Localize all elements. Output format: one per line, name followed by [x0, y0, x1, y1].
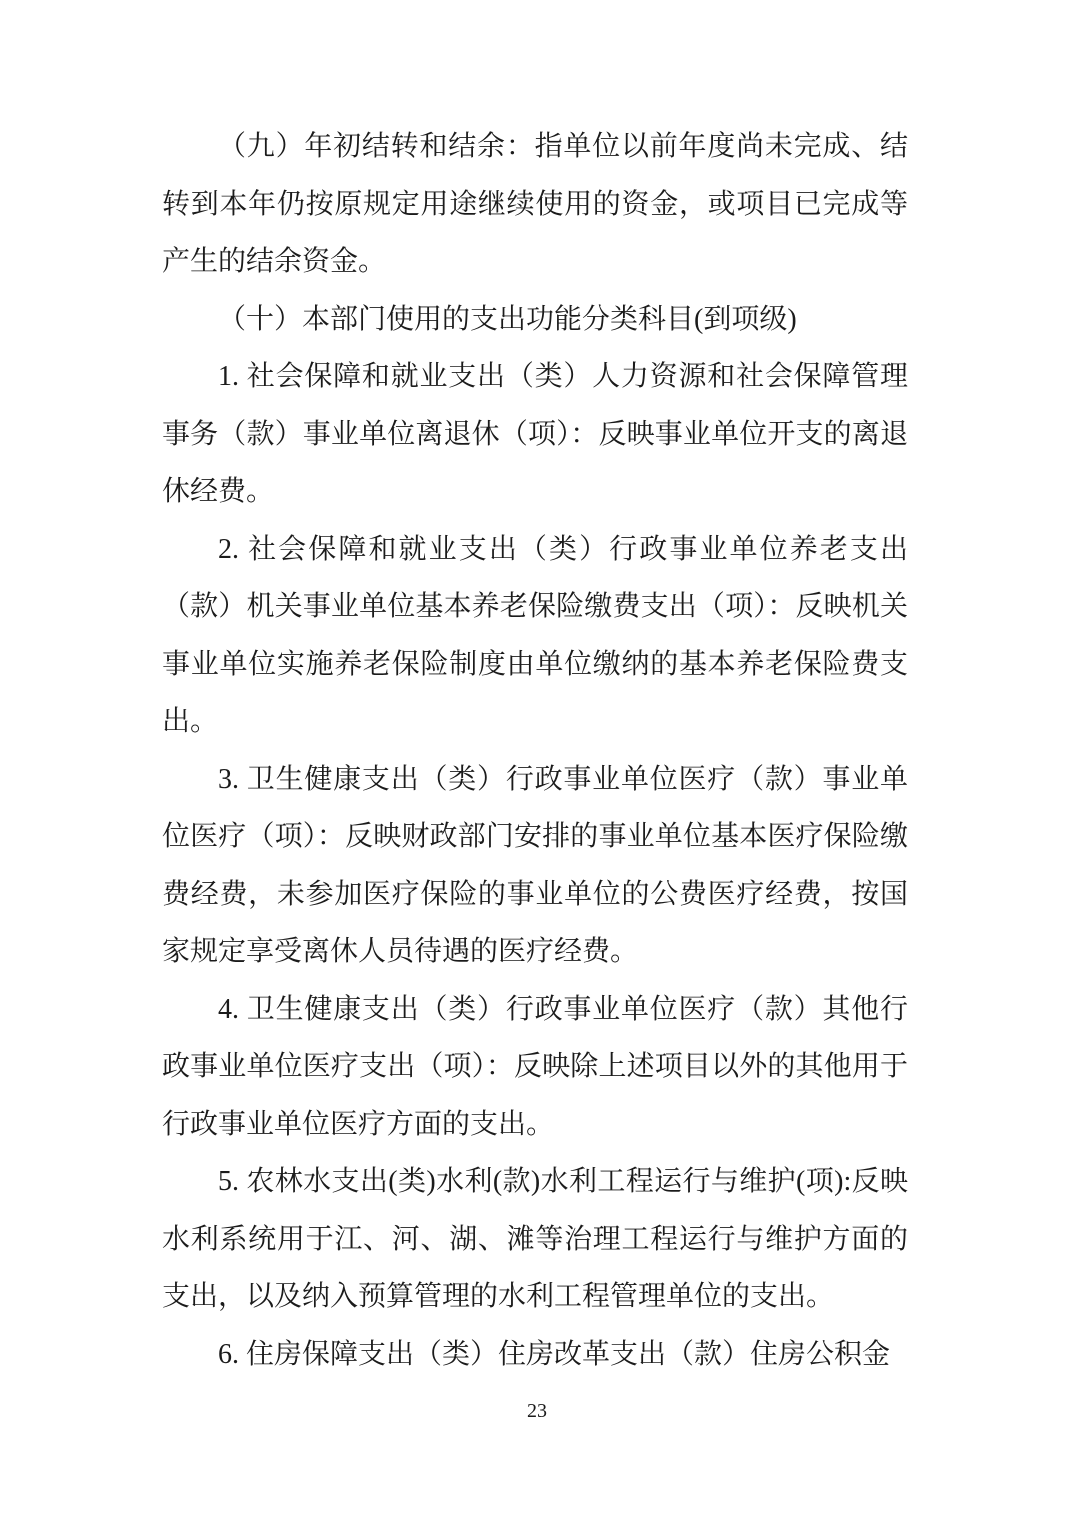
document-body: （九）年初结转和结余：指单位以前年度尚未完成、结转到本年仍按原规定用途继续使用的…: [162, 118, 908, 1383]
page-number: 23: [0, 1399, 1074, 1423]
paragraph-item-4: 4. 卫生健康支出（类）行政事业单位医疗（款）其他行政事业单位医疗支出（项）：反…: [162, 981, 908, 1154]
paragraph-item-3: 3. 卫生健康支出（类）行政事业单位医疗（款）事业单位医疗（项）：反映财政部门安…: [162, 751, 908, 981]
paragraph-section-10-heading: （十）本部门使用的支出功能分类科目(到项级): [162, 291, 908, 349]
document-page: （九）年初结转和结余：指单位以前年度尚未完成、结转到本年仍按原规定用途继续使用的…: [0, 0, 1074, 1520]
paragraph-item-1: 1. 社会保障和就业支出（类）人力资源和社会保障管理事务（款）事业单位离退休（项…: [162, 348, 908, 521]
paragraph-item-6: 6. 住房保障支出（类）住房改革支出（款）住房公积金: [162, 1326, 908, 1384]
paragraph-section-9: （九）年初结转和结余：指单位以前年度尚未完成、结转到本年仍按原规定用途继续使用的…: [162, 118, 908, 291]
paragraph-item-2: 2. 社会保障和就业支出（类）行政事业单位养老支出（款）机关事业单位基本养老保险…: [162, 521, 908, 751]
paragraph-item-5: 5. 农林水支出(类)水利(款)水利工程运行与维护(项):反映水利系统用于江、河…: [162, 1153, 908, 1326]
